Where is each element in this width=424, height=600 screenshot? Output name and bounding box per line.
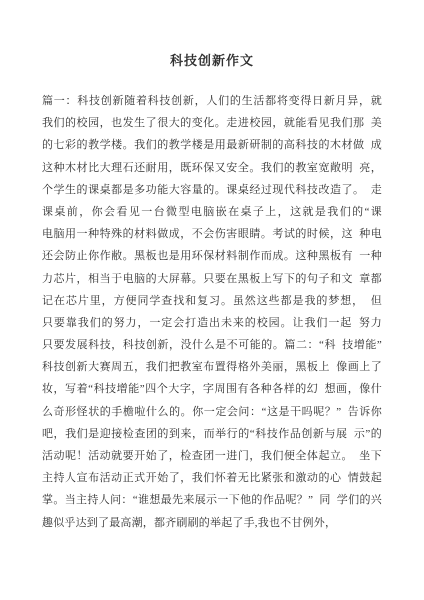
- body-line: 妆，写着“科技增能”四个大字，字周围有各种各样的幻 想画，像什: [42, 378, 382, 400]
- document-body: 篇一：科技创新随着科技创新，人们的生活都将变得日新月异，就 连 我们的校园，也发…: [42, 90, 382, 534]
- body-line: 么奇形怪状的手檐啦什么的。你一定会问：“这是干吗呢？” 告诉你: [42, 401, 382, 423]
- body-line: 力芯片，相当于电脑的大屏幕。只要在黑板上写下的句子和文 章都会: [42, 268, 382, 290]
- body-line: 这种木材比大理石还耐用，既环保又安全。我们的教室宽敞明 亮，每: [42, 157, 382, 179]
- document-title: 科技创新作文: [0, 50, 424, 69]
- body-line: 还会防止你作敝。黑板也是用环保材料制作而成。这种黑板有 一种智: [42, 245, 382, 267]
- body-line: 吧，我们是迎接检查团的到来，而举行的“科技作品创新与展 示”的: [42, 423, 382, 445]
- body-line: 只要靠我们的努力，一定会打造出未来的校园。让我们一起 努力吧！: [42, 312, 382, 334]
- body-line: 电脑用一种特殊的材料做成，不会伤害眼睛。考试的时候，这 种电脑: [42, 223, 382, 245]
- body-line: 课桌前，你会看见一台微型电脑嵌在桌子上，这就是我们的“课 本”。: [42, 201, 382, 223]
- body-line: 只要发展科技，科技创新，没什么是不可能的。篇二：“科 技增能”: [42, 334, 382, 356]
- body-line: 主持人宣布活动正式开始了，我们怀着无比紧张和激动的心 情鼓起了: [42, 467, 382, 489]
- body-line: 记在芯片里，方便同学查找和复习。虽然这些都是我的梦想， 但是，: [42, 290, 382, 312]
- body-line: 科技创新大赛周五，我们把教室布置得格外美丽，黑板上 像画上了浓: [42, 356, 382, 378]
- body-line: 篇一：科技创新随着科技创新，人们的生活都将变得日新月异，就 连: [42, 90, 382, 112]
- body-line: 个学生的课桌都是多功能大容量的。课桌经过现代科技改造了。 走到: [42, 179, 382, 201]
- body-line: 掌。当主持人问：“谁想最先来展示一下他的作品呢？” 同 学们的兴: [42, 489, 382, 511]
- body-line: 趣似乎达到了最高潮，都齐刷刷的举起了手,我也不甘例外，: [42, 512, 382, 534]
- document-page: 科技创新作文 篇一：科技创新随着科技创新，人们的生活都将变得日新月异，就 连 我…: [0, 0, 424, 600]
- body-line: 我们的校园，也发生了很大的变化。走进校园，就能看见我们那 美丽: [42, 112, 382, 134]
- body-line: 的七彩的教学楼。我们的教学楼是用最新研制的高科技的木材做 成的。: [42, 134, 382, 156]
- body-line: 活动呢！活动就要开始了，检查团一进门，我们便全体起立。 坐下后，: [42, 445, 382, 467]
